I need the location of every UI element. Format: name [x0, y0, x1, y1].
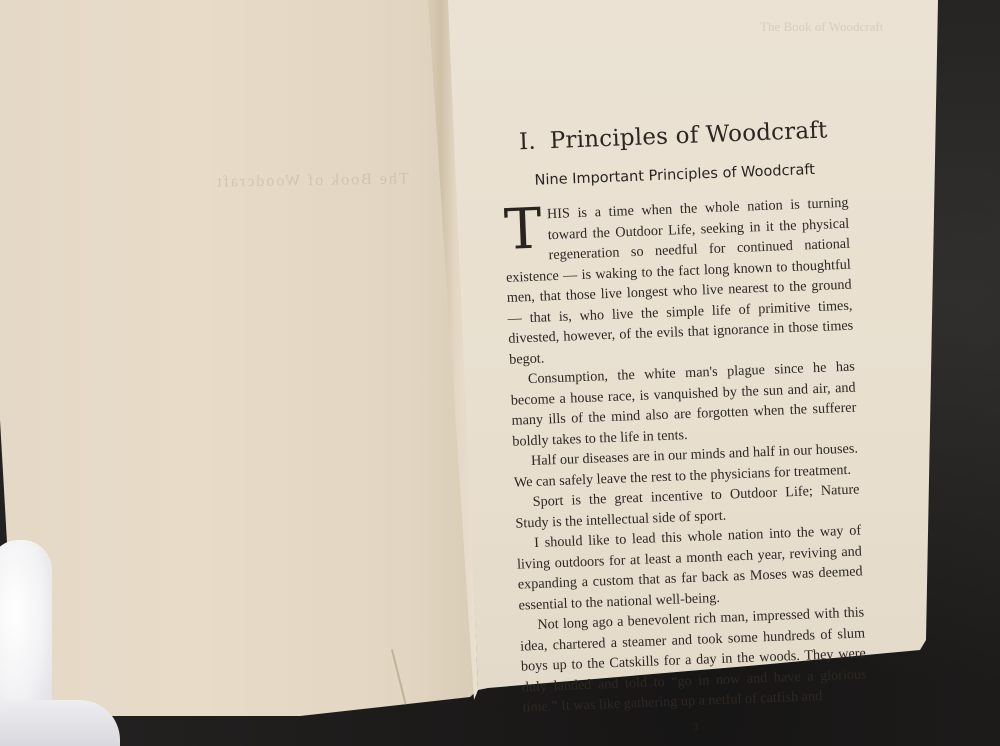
bleed-through-text: The Book of Woodcraft	[215, 170, 409, 191]
page-tear	[391, 646, 419, 708]
bleed-through-line: The Book of Woodcraft	[760, 14, 930, 40]
right-bleed-through: The Book of Woodcraft	[760, 14, 930, 40]
left-page: The Book of Woodcraft	[0, 0, 480, 722]
body-text: THIS is a time when the whole nation is …	[503, 193, 867, 718]
white-glove-lower	[0, 700, 120, 746]
white-glove	[0, 540, 52, 720]
page-text-block: I.Principles of Woodcraft Nine Important…	[500, 107, 869, 739]
paragraph: THIS is a time when the whole nation is …	[503, 193, 854, 370]
drop-cap: T	[503, 207, 542, 254]
chapter-title: Principles of Woodcraft	[549, 117, 828, 154]
section-title: Nine Important Principles of Woodcraft	[502, 161, 847, 190]
chapter-number: I.	[519, 129, 537, 156]
chapter-heading: I.Principles of Woodcraft	[500, 117, 846, 156]
paragraph: I should like to lead this whole nation …	[516, 520, 864, 615]
paragraph: Not long ago a benevolent rich man, impr…	[519, 602, 868, 718]
paragraph: Consumption, the white man's plague sinc…	[510, 357, 858, 452]
